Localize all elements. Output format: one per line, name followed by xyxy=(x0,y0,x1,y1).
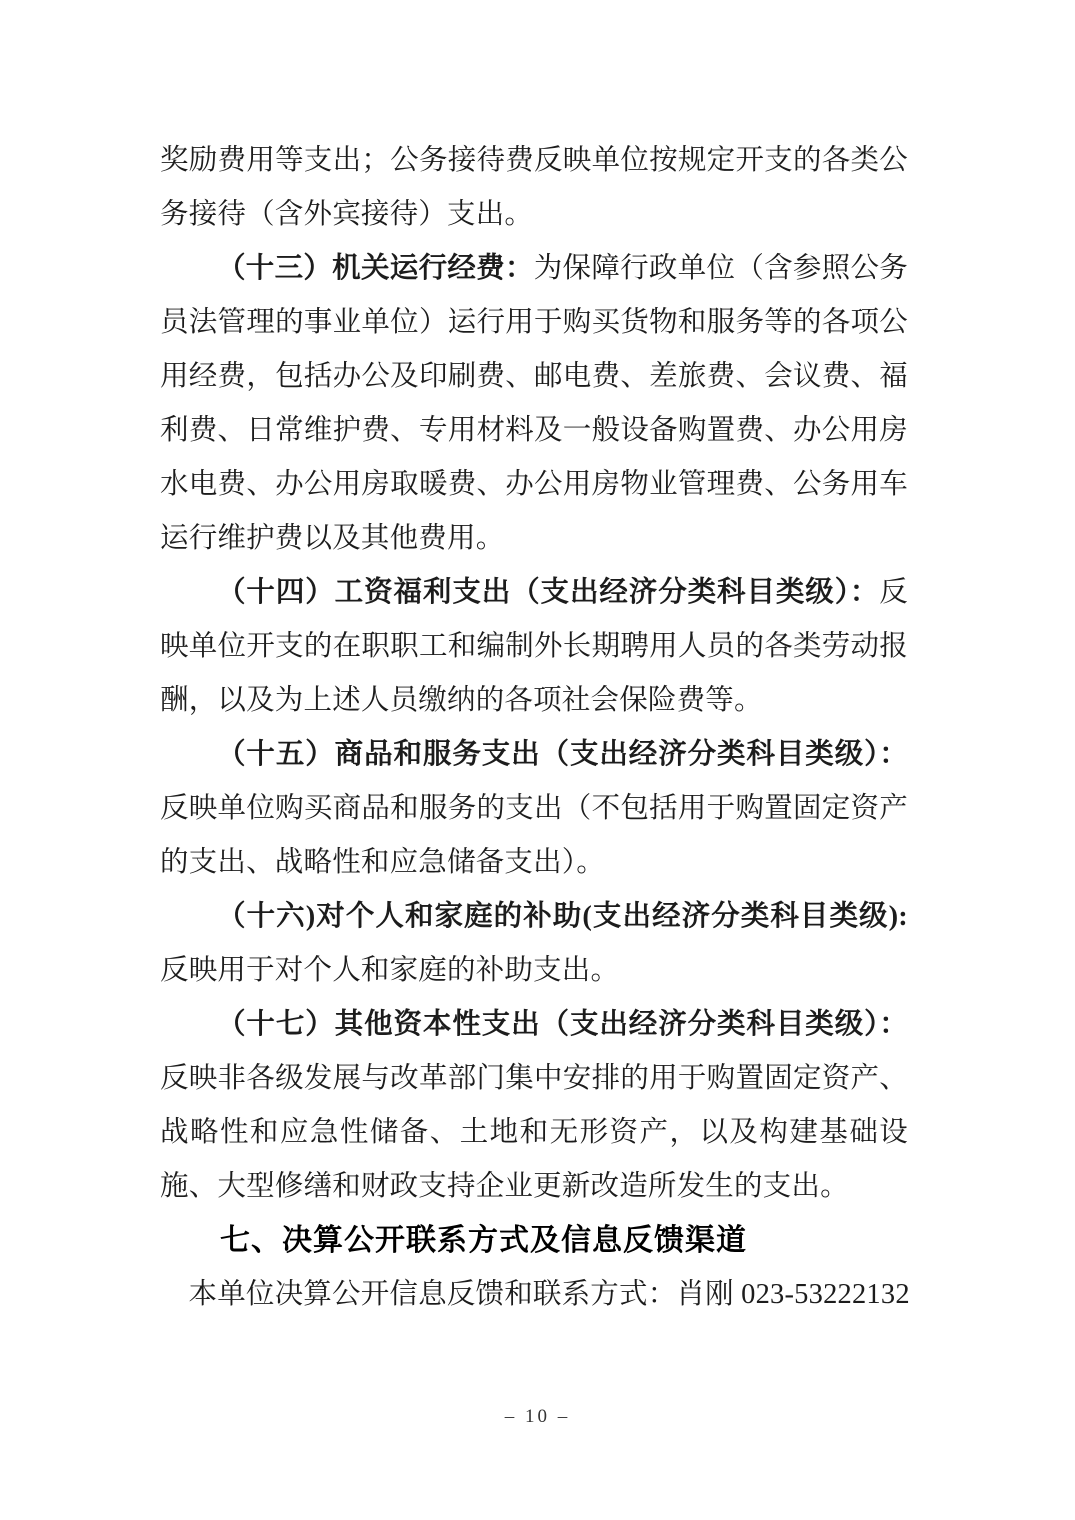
paragraph-text: 反映单位购买商品和服务的支出（不包括用于购置固定资产的支出、战略性和应急储备支出… xyxy=(160,793,908,878)
paragraph-lead-bold: （十四）工资福利支出（支出经济分类科目类级）： xyxy=(217,577,879,608)
paragraph: （十三）机关运行经费：为保障行政单位（含参照公务员法管理的事业单位）运行用于购买… xyxy=(160,242,908,566)
paragraph-lead-bold: （十七）其他资本性支出（支出经济分类科目类级）： xyxy=(217,1009,908,1040)
paragraph-text: 奖励费用等支出；公务接待费反映单位按规定开支的各类公务接待（含外宾接待）支出。 xyxy=(160,145,908,230)
paragraph: （十六)对个人和家庭的补助(支出经济分类科目类级):反映用于对个人和家庭的补助支… xyxy=(160,890,908,998)
paragraph-text: 反映非各级发展与改革部门集中安排的用于购置固定资产、战略性和应急性储备、土地和无… xyxy=(160,1063,908,1202)
paragraph: （十五）商品和服务支出（支出经济分类科目类级）：反映单位购买商品和服务的支出（不… xyxy=(160,728,908,890)
paragraph-lead-bold: （十三）机关运行经费： xyxy=(217,253,534,284)
document-page: 奖励费用等支出；公务接待费反映单位按规定开支的各类公务接待（含外宾接待）支出。（… xyxy=(0,0,1075,1520)
paragraph: 本单位决算公开信息反馈和联系方式：肖刚 023-53222132 xyxy=(160,1268,908,1322)
paragraph-lead-bold: （十五）商品和服务支出（支出经济分类科目类级）： xyxy=(217,739,908,770)
paragraph: （十七）其他资本性支出（支出经济分类科目类级）：反映非各级发展与改革部门集中安排… xyxy=(160,998,908,1214)
page-number: – 10 – xyxy=(0,1406,1075,1428)
paragraph: 奖励费用等支出；公务接待费反映单位按规定开支的各类公务接待（含外宾接待）支出。 xyxy=(160,134,908,242)
paragraph-text: 本单位决算公开信息反馈和联系方式：肖刚 023-53222132 xyxy=(189,1279,910,1310)
paragraph-text: 反映用于对个人和家庭的补助支出。 xyxy=(160,955,619,986)
paragraph-lead-bold: 七、决算公开联系方式及信息反馈渠道 xyxy=(220,1224,747,1257)
paragraph: （十四）工资福利支出（支出经济分类科目类级）：反映单位开支的在职职工和编制外长期… xyxy=(160,566,908,728)
section-heading: 七、决算公开联系方式及信息反馈渠道 xyxy=(160,1214,908,1268)
document-body: 奖励费用等支出；公务接待费反映单位按规定开支的各类公务接待（含外宾接待）支出。（… xyxy=(160,134,908,1322)
paragraph-text: 为保障行政单位（含参照公务员法管理的事业单位）运行用于购买货物和服务等的各项公用… xyxy=(160,253,908,554)
paragraph-lead-bold: （十六)对个人和家庭的补助(支出经济分类科目类级): xyxy=(217,901,908,932)
